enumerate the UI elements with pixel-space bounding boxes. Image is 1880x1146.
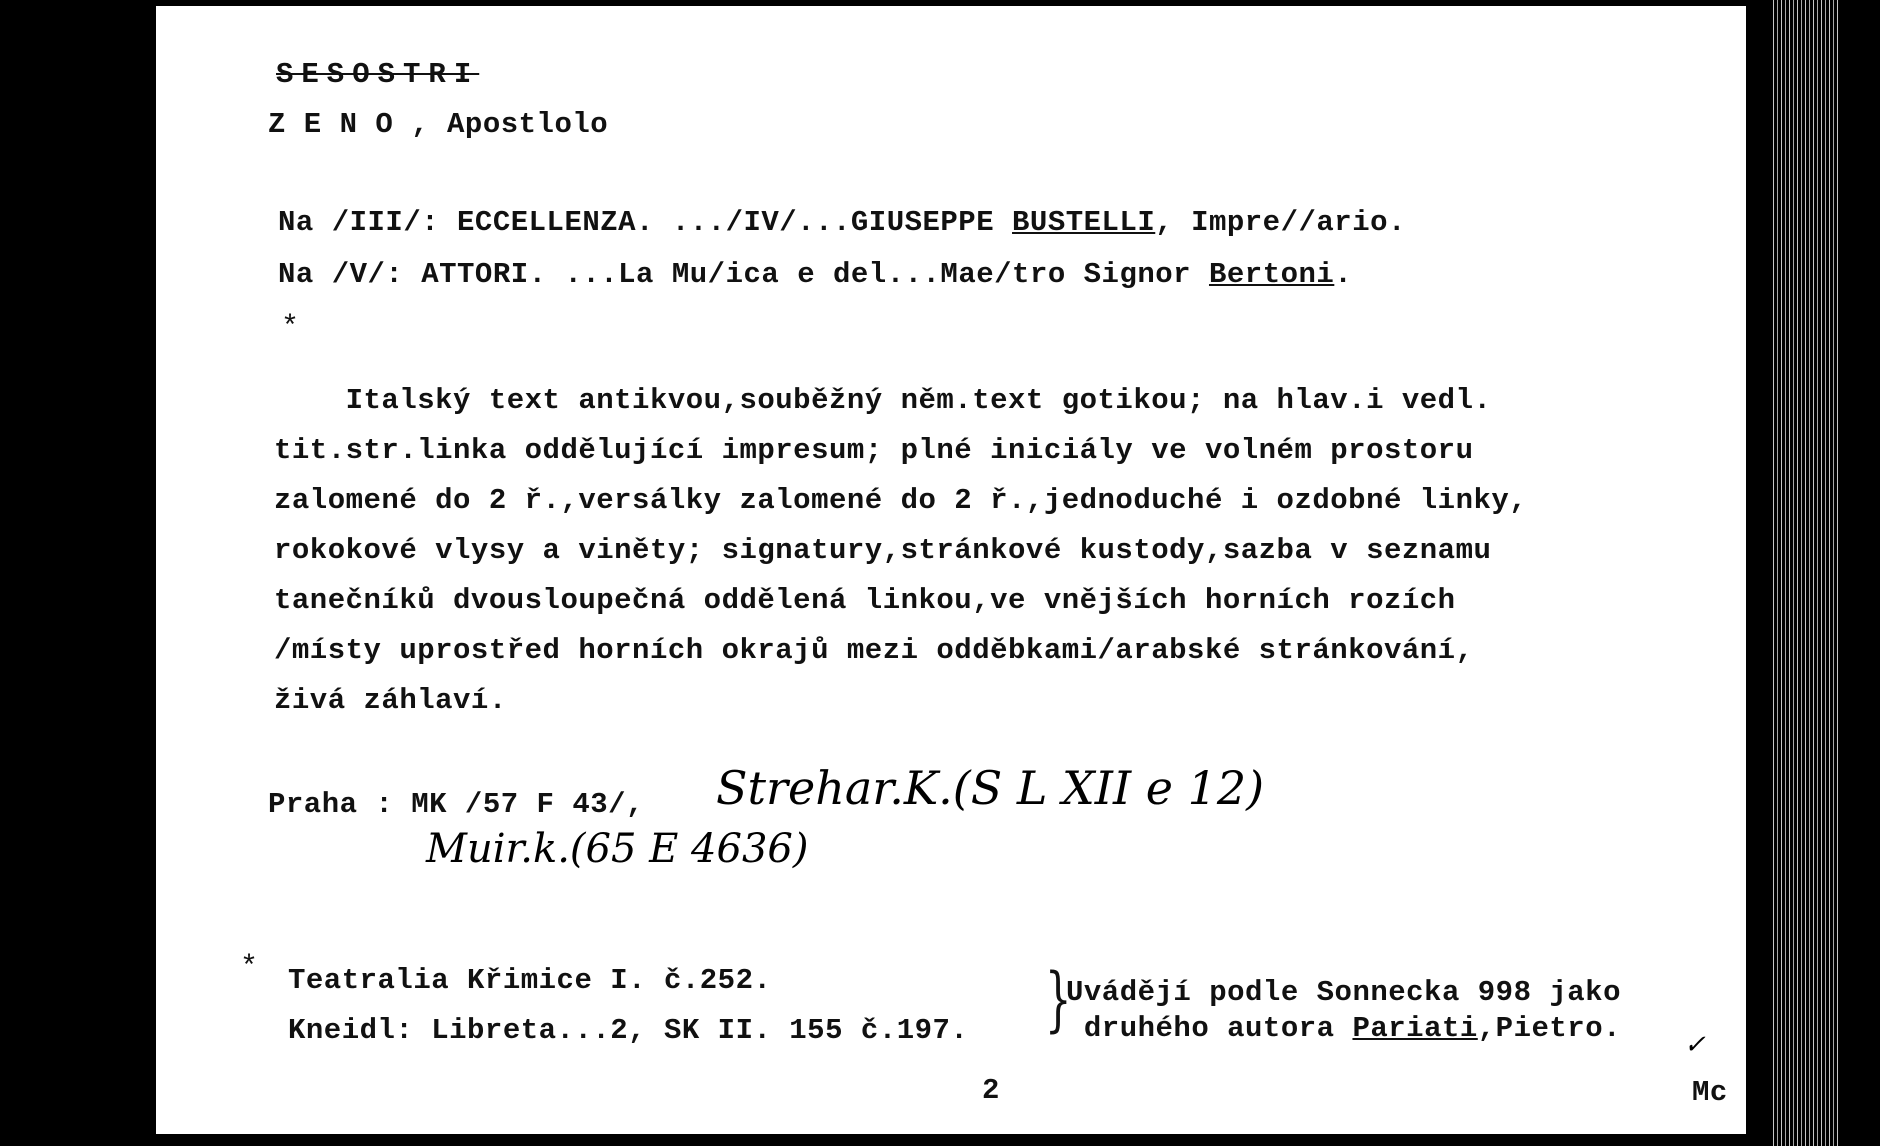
scan-edge bbox=[1770, 0, 1840, 1146]
note-line-2: druhého autora Pariati,Pietro. bbox=[1066, 1012, 1621, 1045]
description-line: /místy uprostřed horních okrajů mezi odd… bbox=[274, 634, 1474, 667]
author-heading: Z E N O , Apostlolo bbox=[268, 108, 608, 141]
description-line: tanečníků dvousloupečná oddělená linkou,… bbox=[274, 584, 1456, 617]
reference-1: Teatralia Křimice I. č.252. bbox=[288, 964, 771, 997]
description-line: zalomené do 2 ř.,versálky zalomené do 2 … bbox=[274, 484, 1527, 517]
description-line: Italský text antikvou,souběžný něm.text … bbox=[274, 384, 1491, 417]
page-number: 2 bbox=[982, 1074, 1000, 1107]
note-line-1: Uvádějí podle Sonnecka 998 jako bbox=[1066, 976, 1621, 1009]
description-line: rokokové vlysy a viněty; signatury,strán… bbox=[274, 534, 1491, 567]
asterisk-mark: * bbox=[281, 311, 299, 345]
line-v: Na /V/: ATTORI. ...La Mu/ica e del...Mae… bbox=[278, 258, 1352, 291]
handwritten-shelfmark-2: Muir.k.(65 E 4636) bbox=[426, 826, 808, 872]
description-line: živá záhlaví. bbox=[274, 684, 507, 717]
location-typed: Praha : MK /57 F 43/, bbox=[268, 788, 644, 821]
line-iii: Na /III/: ECCELLENZA. .../IV/...GIUSEPPE… bbox=[278, 206, 1406, 239]
asterisk-mark: * bbox=[240, 951, 258, 985]
struck-title: SESOSTRI bbox=[276, 58, 479, 91]
initials: Mc bbox=[1692, 1076, 1728, 1109]
reference-2: Kneidl: Libreta...2, SK II. 155 č.197. bbox=[288, 1014, 968, 1047]
handwritten-shelfmark-1: Strehar.K.(S L XII e 12) bbox=[716, 761, 1264, 815]
catalog-card: SESOSTRI Z E N O , Apostlolo Na /III/: E… bbox=[156, 6, 1746, 1134]
description-line: tit.str.linka oddělující impresum; plné … bbox=[274, 434, 1474, 467]
check-mark-icon: ✓ bbox=[1684, 1030, 1706, 1060]
